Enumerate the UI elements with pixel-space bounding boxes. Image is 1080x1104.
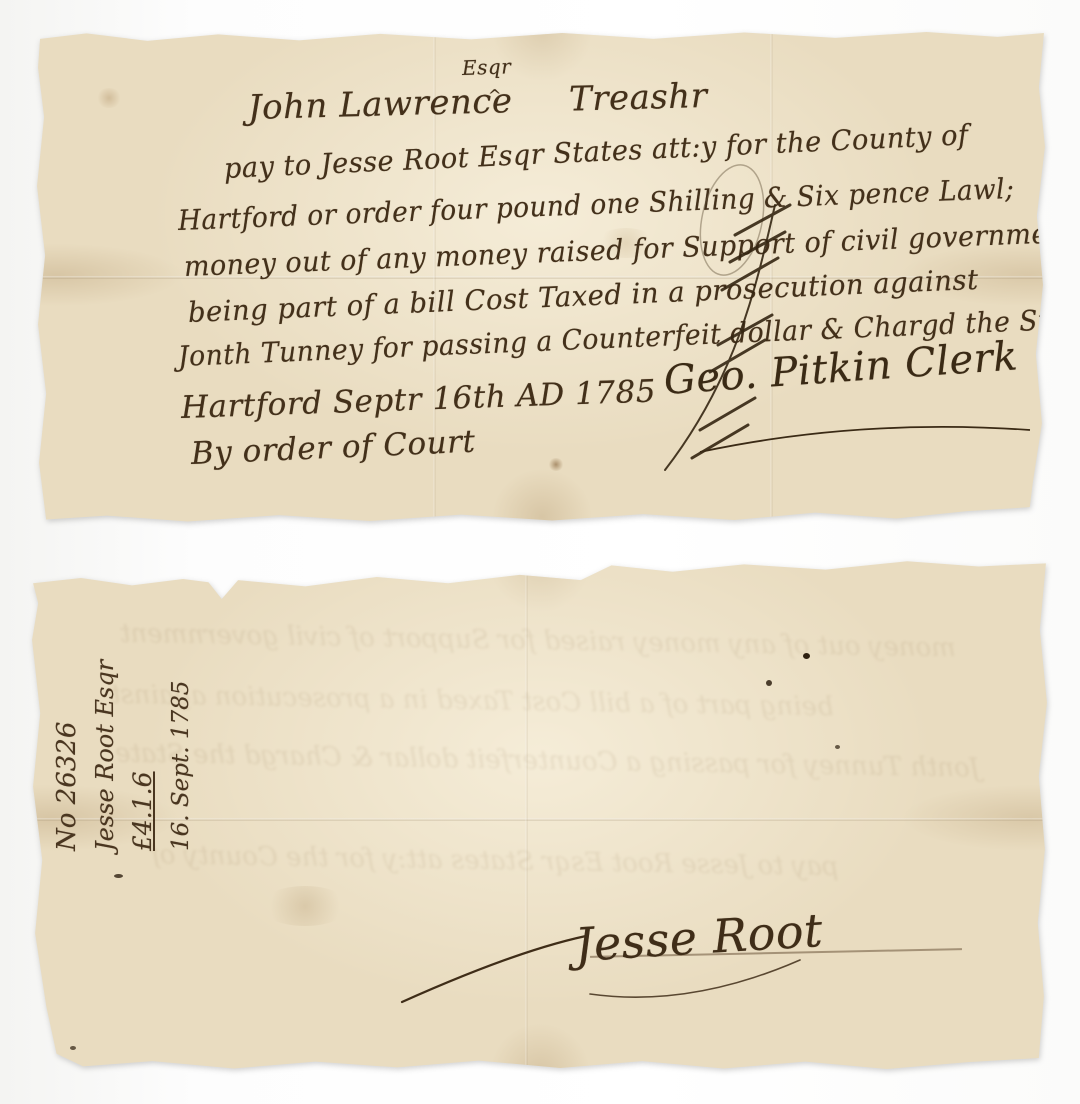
- signature-flourish-strokes: [30, 556, 1050, 1080]
- recto-paper-sheet: John Lawrence Treashr Esqr ^ pay to Jess…: [36, 28, 1048, 522]
- scan-background: { "artifact": { "kind": "Handwritten man…: [0, 0, 1080, 1104]
- verso-paper-surface: money out of any money raised for Suppor…: [30, 556, 1050, 1080]
- signature-flourish: [700, 427, 1030, 452]
- verso-paper-sheet: money out of any money raised for Suppor…: [30, 556, 1050, 1080]
- recto-paper-surface: John Lawrence Treashr Esqr ^ pay to Jess…: [36, 28, 1048, 522]
- cancellation-strokes: [36, 28, 1048, 522]
